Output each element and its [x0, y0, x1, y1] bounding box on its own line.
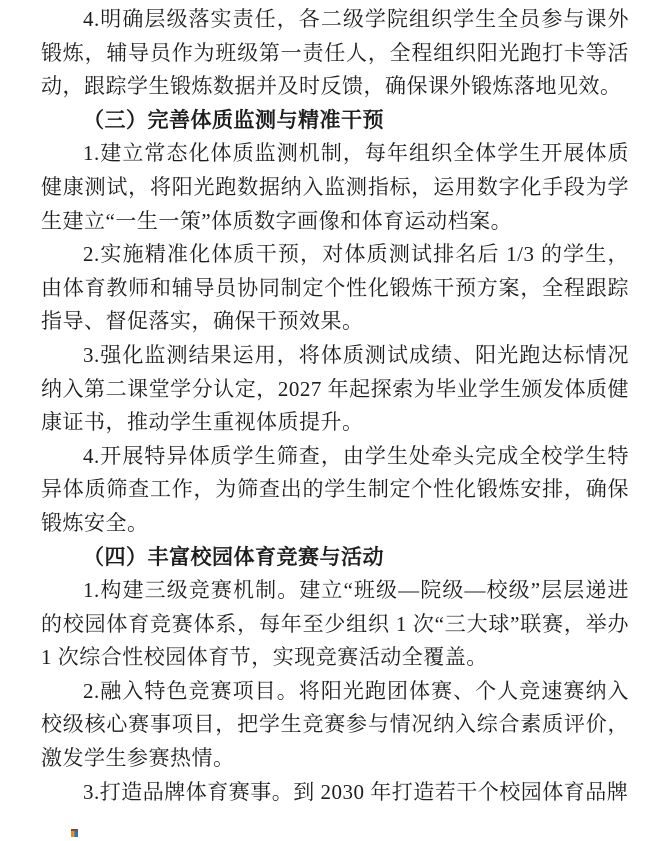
- body-paragraph: 1.构建三级竞赛机制。建立“班级—院级—校级”层层递进的校园体育竞赛体系，每年至…: [41, 574, 629, 675]
- document-body: 4.明确层级落实责任，各二级学院组织学生全员参与课外锻炼，辅导员作为班级第一责任…: [41, 3, 629, 809]
- section-heading: （四）丰富校园体育竞赛与活动: [41, 541, 629, 575]
- body-paragraph: 2.融入特色竞赛项目。将阳光跑团体赛、个人竞速赛纳入校级核心赛事项目，把学生竞赛…: [41, 675, 629, 776]
- document-page: 4.明确层级落实责任，各二级学院组织学生全员参与课外锻炼，辅导员作为班级第一责任…: [0, 0, 670, 841]
- body-paragraph: 1.建立常态化体质监测机制，每年组织全体学生开展体质健康测试，将阳光跑数据纳入监…: [41, 137, 629, 238]
- body-paragraph: 4.开展特异体质学生筛查，由学生处牵头完成全校学生特异体质筛查工作，为筛查出的学…: [41, 440, 629, 541]
- body-paragraph: 4.明确层级落实责任，各二级学院组织学生全员参与课外锻炼，辅导员作为班级第一责任…: [41, 3, 629, 104]
- body-paragraph: 3.强化监测结果运用，将体质测试成绩、阳光跑达标情况纳入第二课堂学分认定，202…: [41, 339, 629, 440]
- page-footer-artifact-icon: [71, 829, 78, 837]
- section-heading: （三）完善体质监测与精准干预: [41, 104, 629, 138]
- body-paragraph: 2.实施精准化体质干预，对体质测试排名后 1/3 的学生，由体育教师和辅导员协同…: [41, 238, 629, 339]
- body-paragraph: 3.打造品牌体育赛事。到 2030 年打造若干个校园体育品牌: [41, 776, 629, 810]
